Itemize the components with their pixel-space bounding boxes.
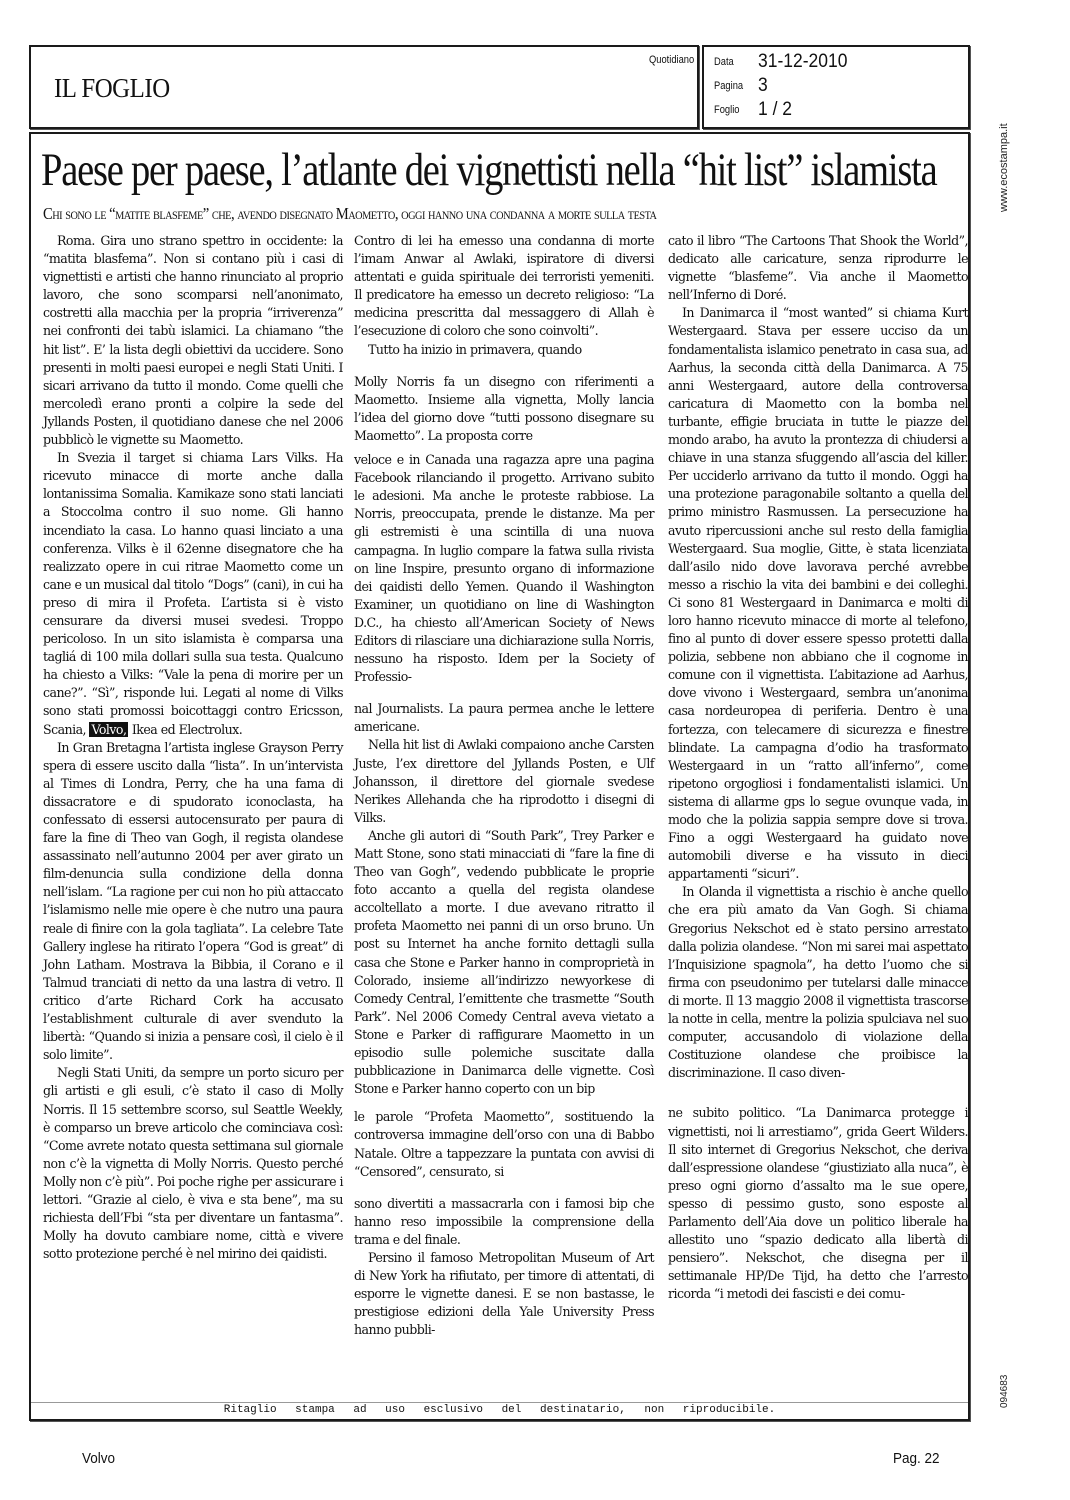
- meta-label: Pagina: [714, 80, 745, 92]
- reproduction-notice: Ritaglio stampa ad uso esclusivo del des…: [31, 1402, 968, 1419]
- publication-meta-box: Data 31-12-2010 Pagina 3 Foglio 1 / 2: [702, 45, 970, 129]
- meta-label: Data: [714, 56, 745, 68]
- meta-value-date: 31-12-2010: [758, 51, 847, 73]
- paragraph: In Olanda il vignettista a rischio è anc…: [668, 883, 968, 1082]
- highlighted-keyword: Volvo,: [89, 722, 128, 737]
- paragraph: Contro di lei ha emesso una condanna di …: [354, 232, 654, 341]
- article-headline: Paese per paese, l’atlante dei vignettis…: [41, 144, 800, 196]
- paragraph: In Svezia il target si chiama Lars Vilks…: [43, 449, 343, 739]
- article-column-1: Roma. Gira uno strano spettro in occiden…: [43, 232, 343, 1263]
- meta-row-page: Pagina 3: [714, 75, 769, 97]
- paragraph: Persino il famoso Metropolitan Museum of…: [354, 1249, 654, 1339]
- paragraph: Anche gli autori di “South Park”, Trey P…: [354, 827, 654, 1098]
- paragraph: ne subito politico. “La Danimarca proteg…: [668, 1104, 968, 1303]
- masthead-box: IL FOGLIO Quotidiano: [29, 45, 699, 129]
- meta-value-sheet: 1 / 2: [758, 99, 792, 121]
- ecostampa-url: www.ecostampa.it: [998, 123, 1010, 212]
- paragraph-text: In Svezia il target si chiama Lars Vilks…: [43, 450, 343, 736]
- footer-keyword: Volvo: [82, 1450, 115, 1467]
- paragraph: nal Journalists. La paura permea anche l…: [354, 700, 654, 736]
- spacer: [354, 1098, 654, 1108]
- paragraph: sono divertiti a massacrarla con i famos…: [354, 1195, 654, 1249]
- paragraph-text: Ikea ed Electrolux.: [128, 722, 242, 737]
- paragraph: le parole “Profeta Maometto”, sostituend…: [354, 1108, 654, 1180]
- clipping-code: 094683: [999, 1375, 1010, 1408]
- paragraph: In Gran Bretagna l’artista inglese Grays…: [43, 739, 343, 1065]
- paragraph: veloce e in Canada una ragazza apre una …: [354, 451, 654, 686]
- paragraph: Nella hit list di Awlaki compaiono anche…: [354, 736, 654, 826]
- paragraph: Roma. Gira uno strano spettro in occiden…: [43, 232, 343, 449]
- meta-value-page: 3: [758, 75, 768, 97]
- spacer: [668, 1082, 968, 1104]
- periodicity-label: Quotidiano: [649, 54, 694, 66]
- article-column-2: Contro di lei ha emesso una condanna di …: [354, 232, 654, 1339]
- paragraph: Molly Norris fa un disegno con riferimen…: [354, 373, 654, 445]
- article-column-3: cato il libro “The Cartoons That Shook t…: [668, 232, 968, 1303]
- article-subheadline: Chi sono le “matite blasfeme” che, avend…: [43, 204, 656, 224]
- paragraph: Tutto ha inizio in primavera, quando: [354, 341, 654, 359]
- article-clipping: Paese per paese, l’atlante dei vignettis…: [29, 132, 970, 1421]
- spacer: [354, 359, 654, 373]
- paragraph: Negli Stati Uniti, da sempre un porto si…: [43, 1064, 343, 1263]
- paragraph: In Danimarca il “most wanted” si chiama …: [668, 304, 968, 883]
- paragraph: cato il libro “The Cartoons That Shook t…: [668, 232, 968, 304]
- footer-page-number: Pag. 22: [893, 1450, 940, 1467]
- meta-row-sheet: Foglio 1 / 2: [714, 99, 795, 121]
- meta-label: Foglio: [714, 104, 745, 116]
- spacer: [354, 1181, 654, 1195]
- meta-row-date: Data 31-12-2010: [714, 51, 856, 73]
- spacer: [354, 686, 654, 700]
- newspaper-masthead: IL FOGLIO: [54, 73, 170, 104]
